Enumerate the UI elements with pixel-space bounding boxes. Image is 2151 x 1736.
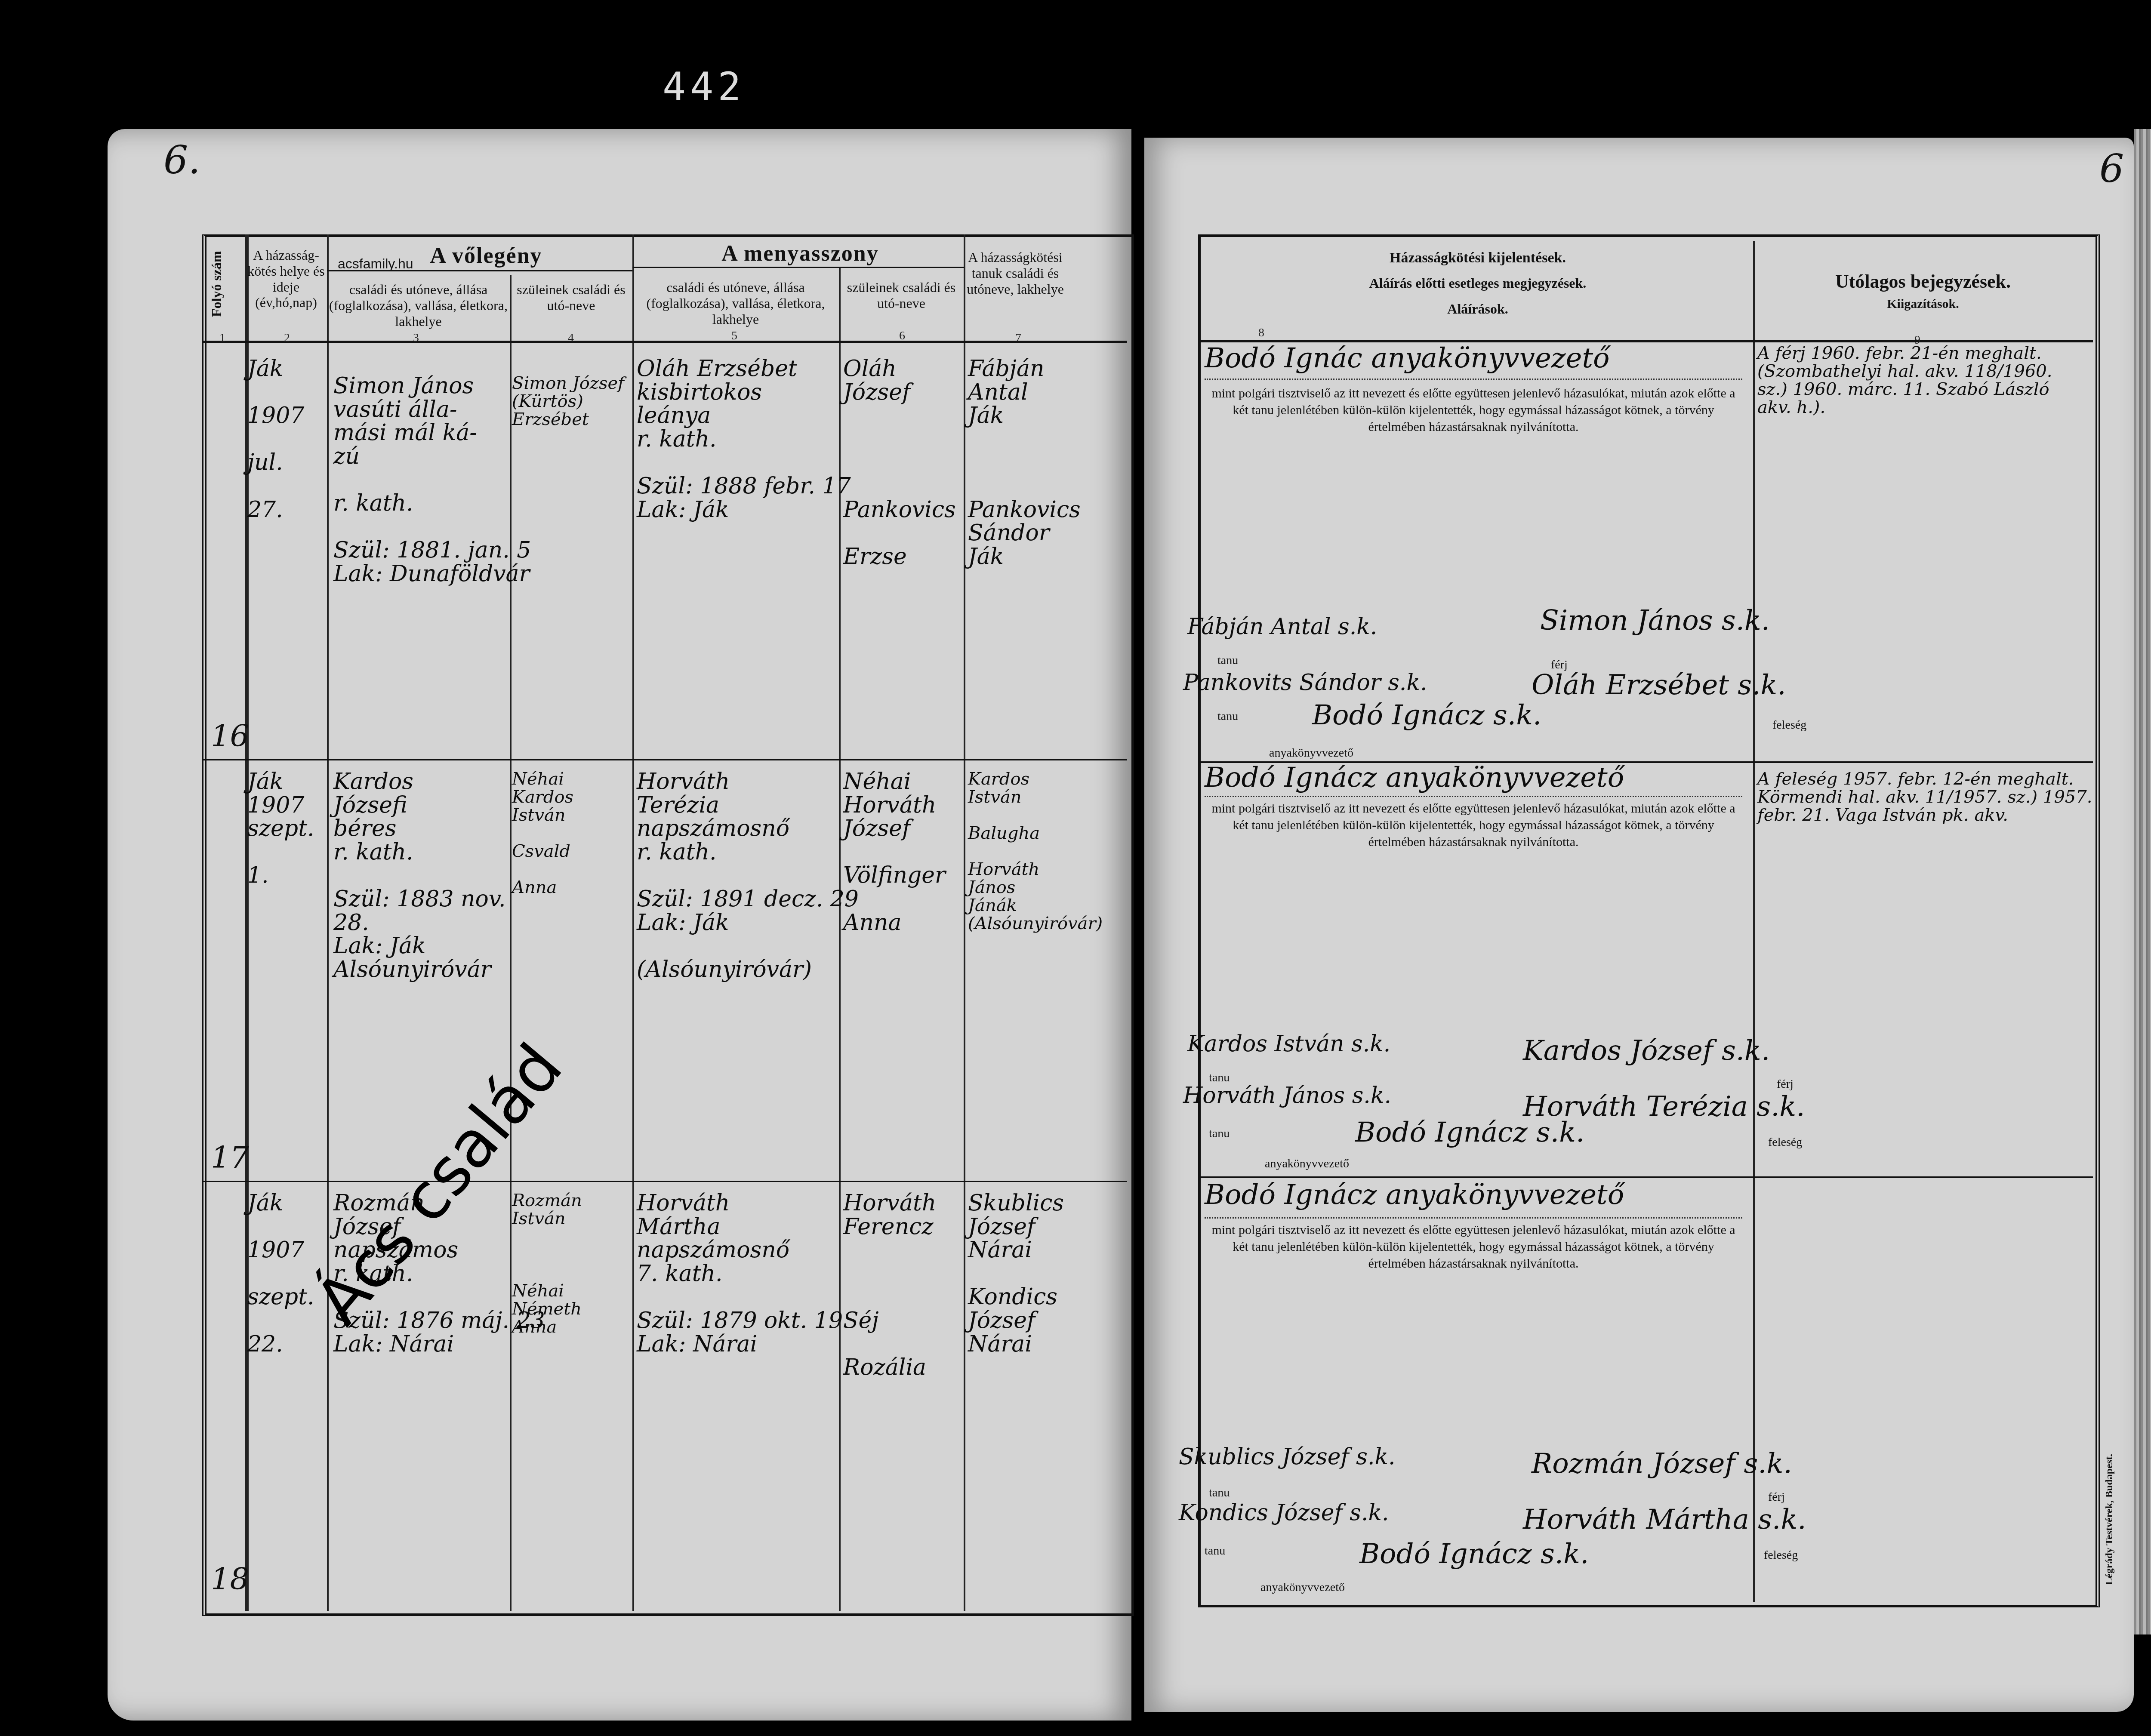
row-rule xyxy=(1198,1176,2093,1178)
record-bride-parents: Horváth Ferencz Séj Rozália xyxy=(843,1191,936,1379)
book-fore-edge xyxy=(2134,129,2151,1634)
declaration-text: mint polgári tisztviselő az itt nevezett… xyxy=(1205,800,1742,850)
header-rule xyxy=(202,341,1127,343)
right-register-table xyxy=(1198,234,2100,1607)
header-signatures: Aláírások. xyxy=(1205,301,1751,317)
header-remarks: Aláírás előtti esetleges megjegyzések. xyxy=(1205,275,1751,291)
record-bride: Horváth Mártha napszámosnő 7. kath. Szül… xyxy=(637,1191,843,1356)
record-groom-parents: Néhai Kardos István Csvald Anna xyxy=(512,770,573,896)
header-bride-details: családi és utóneve, állása (foglalkozása… xyxy=(635,280,837,327)
label-witness: tanu xyxy=(1217,654,1238,668)
right-folio-number: 6 xyxy=(2099,146,2124,191)
officiant-name: Bodó Ignácz anyakönyvvezető xyxy=(1205,1181,1624,1210)
record-witnesses: Fábján Antal Ják Pankovics Sándor Ják xyxy=(968,357,1081,568)
signature-witness-1: Fábján Antal s.k. xyxy=(1187,615,1377,639)
record-witnesses: Kardos István Balugha Horváth János Jáná… xyxy=(968,770,1103,933)
record-number: 17 xyxy=(211,1140,249,1175)
row-rule xyxy=(202,1181,1127,1182)
header-folyo-szam: Folyó szám xyxy=(209,241,243,327)
label-registrar: anyakönyvvezető xyxy=(1265,1157,1349,1171)
record-bride-parents: Néhai Horváth József Völfinger Anna xyxy=(843,770,946,934)
col-num: 7 xyxy=(1015,331,1021,345)
header-later-entries: Utólagos bejegyzések. xyxy=(1755,271,2091,293)
label-witness: tanu xyxy=(1217,710,1238,723)
signature-witness-2: Pankovits Sándor s.k. xyxy=(1183,671,1427,695)
col-num: 4 xyxy=(568,331,574,345)
declaration-text: mint polgári tisztviselő az itt nevezett… xyxy=(1205,1222,1742,1272)
signature-registrar: Bodó Ignácz s.k. xyxy=(1312,701,1541,730)
signature-wife: Horváth Terézia s.k. xyxy=(1523,1093,1805,1121)
header-witnesses: A házasságkötési tanuk családi és utónev… xyxy=(966,249,1065,297)
record-place-date: Ják 1907 szept. 22. xyxy=(247,1191,314,1356)
record-bride-parents: Oláh József Pankovics Erzse xyxy=(843,357,956,568)
col-divider xyxy=(964,234,965,1611)
later-entry-note: A férj 1960. febr. 21-én meghalt. (Szomb… xyxy=(1757,344,2052,416)
dotted-line xyxy=(1205,379,1742,380)
header-groom-details: családi és utóneve, állása (foglalkozása… xyxy=(329,282,508,329)
col-num: 1 xyxy=(219,331,225,345)
col-num: 6 xyxy=(899,329,905,343)
group-underline xyxy=(632,267,964,268)
label-husband: férj xyxy=(1777,1077,1794,1091)
col-divider xyxy=(632,234,634,1611)
record-groom: Simon János vasúti álla- mási mál ká- zú… xyxy=(333,374,531,585)
header-corrections: Kiigazítások. xyxy=(1755,297,2091,312)
declaration-text: mint polgári tisztviselő az itt nevezett… xyxy=(1205,385,1742,435)
signature-registrar: Bodó Ignácz s.k. xyxy=(1359,1540,1589,1569)
col-divider xyxy=(1753,241,1755,1602)
dotted-line xyxy=(1205,1217,1742,1219)
record-number: 18 xyxy=(211,1561,249,1597)
reel-number: 442 xyxy=(663,65,746,110)
col-divider xyxy=(327,234,329,1611)
site-watermark: acsfamily.hu xyxy=(338,256,413,272)
record-groom-parents: Rozmán István Néhai Németh Anna xyxy=(512,1191,582,1336)
header-bride: A menyasszony xyxy=(663,241,938,267)
signature-husband: Simon János s.k. xyxy=(1540,606,1770,635)
dotted-line xyxy=(1205,796,1742,797)
label-wife: feleség xyxy=(1772,718,1806,732)
col-num: 3 xyxy=(413,331,419,345)
col-num: 5 xyxy=(731,329,737,343)
header-declarations: Házasságkötési kijelentések. xyxy=(1205,249,1751,266)
label-registrar: anyakönyvvezető xyxy=(1269,746,1353,760)
col-num: 8 xyxy=(1258,326,1264,340)
signature-husband: Kardos József s.k. xyxy=(1523,1037,1770,1065)
record-groom: Kardos Józsefi béres r. kath. Szül: 1883… xyxy=(333,770,506,981)
signature-witness-1: Skublics József s.k. xyxy=(1179,1445,1396,1469)
label-witness: tanu xyxy=(1205,1544,1225,1558)
printer-imprint: Légrády Testvérek, Budapest. xyxy=(2104,1454,2115,1585)
header-bride-parents: szüleinek családi és utó-neve xyxy=(841,280,961,311)
officiant-name: Bodó Ignác anyakönyvvezető xyxy=(1205,344,1610,373)
left-folio-number: 6. xyxy=(163,138,200,183)
record-bride: Horváth Terézia napszámosnő r. kath. Szü… xyxy=(637,770,859,981)
label-registrar: anyakönyvvezető xyxy=(1260,1581,1345,1594)
row-rule xyxy=(202,759,1127,760)
header-groom-parents: szüleinek családi és utó-neve xyxy=(512,282,630,314)
record-place-date: Ják 1907 jul. 27. xyxy=(247,357,304,521)
header-place-date: A házasság-kötés helye és ideje (év,hó,n… xyxy=(247,247,325,311)
col-num: 2 xyxy=(284,331,290,345)
officiant-name: Bodó Ignácz anyakönyvvezető xyxy=(1205,763,1624,792)
signature-witness-2: Kondics József s.k. xyxy=(1179,1501,1389,1525)
label-husband: férj xyxy=(1768,1490,1785,1504)
record-bride: Oláh Erzsébet kisbirtokos leánya r. kath… xyxy=(637,357,851,521)
label-witness: tanu xyxy=(1209,1127,1230,1141)
label-witness: tanu xyxy=(1209,1486,1230,1500)
signature-registrar: Bodó Ignácz s.k. xyxy=(1355,1118,1584,1147)
label-wife: feleség xyxy=(1764,1548,1798,1562)
signature-wife: Oláh Erzsébet s.k. xyxy=(1532,671,1786,700)
record-witnesses: Skublics József Nárai Kondics József Nár… xyxy=(968,1191,1064,1356)
signature-husband: Rozmán József s.k. xyxy=(1532,1450,1792,1478)
record-groom-parents: Simon József (Kürtös) Erzsébet xyxy=(512,374,624,428)
later-entry-note: A feleség 1957. febr. 12-én meghalt. Kör… xyxy=(1757,770,2092,824)
signature-witness-1: Kardos István s.k. xyxy=(1187,1032,1390,1056)
label-wife: feleség xyxy=(1768,1136,1802,1149)
signature-wife: Horváth Mártha s.k. xyxy=(1523,1505,1806,1534)
record-number: 16 xyxy=(211,718,249,754)
signature-witness-2: Horváth János s.k. xyxy=(1183,1084,1391,1108)
record-place-date: Ják 1907 szept. 1. xyxy=(247,770,314,887)
